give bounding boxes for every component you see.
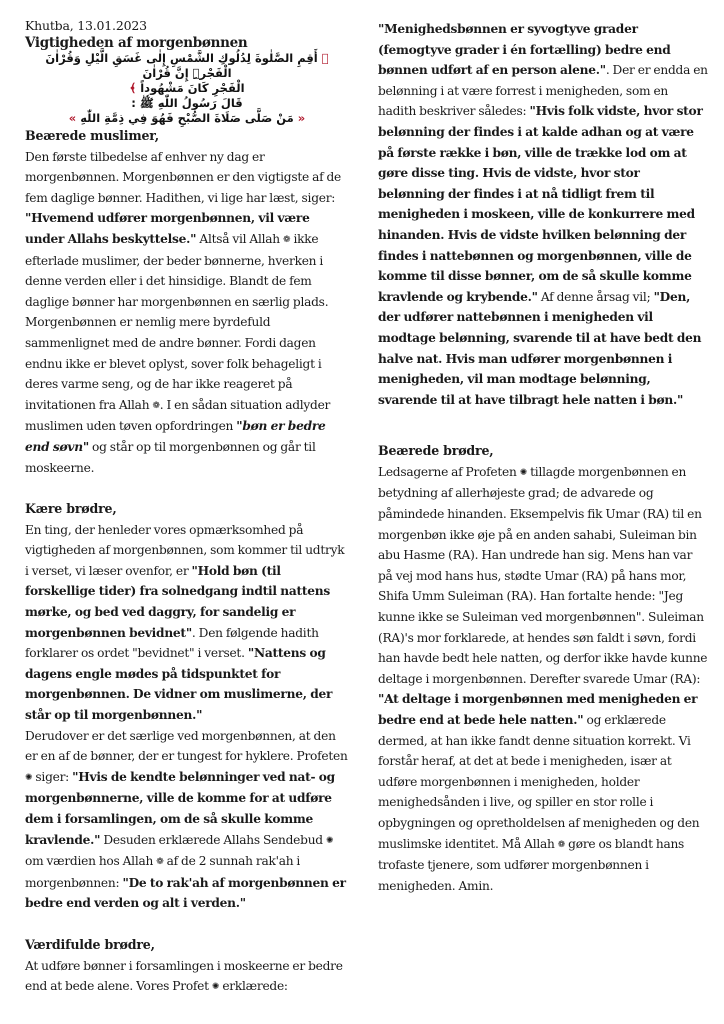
section-paragraph: Ledsagerne af Profeten ✺ tillagde morgen… bbox=[378, 462, 708, 896]
guillemet-close: » bbox=[69, 111, 76, 125]
allah-honorific-icon: ❁ bbox=[558, 840, 565, 850]
text-run: ikke efterlade muslimer, der beder bønne… bbox=[25, 232, 328, 412]
page-title: Vigtigheden af morgenbønnen bbox=[25, 35, 349, 51]
text-run: tillagde morgenbønnen en betydning af al… bbox=[378, 465, 707, 686]
section-paragraph: "Menighedsbønnen er syvogtyve grader (fe… bbox=[378, 19, 708, 410]
allah-honorific-icon: ❁ bbox=[156, 857, 163, 867]
prophet-honorific-icon: ✺ bbox=[326, 836, 333, 846]
section-greeting: Beærede brødre, bbox=[378, 441, 708, 462]
hadith-quote: "Hvis folk vidste, hvor stor belønning d… bbox=[378, 104, 703, 303]
hadith-intro: قَالَ رَسُولُ اللّٰهِ ﷺ : bbox=[25, 96, 349, 111]
left-column: Khutba, 13.01.2023 Vigtigheden af morgen… bbox=[25, 0, 349, 998]
khutba-date: Khutba, 13.01.2023 bbox=[25, 17, 349, 35]
text-run: erklærede: bbox=[219, 979, 288, 993]
text-run: Ledsagerne af Profeten bbox=[378, 465, 520, 479]
quran-verse-line2: الْفَجْرِ كَانَ مَشْهُوداً bbox=[140, 81, 244, 95]
text-run: At udføre bønner i forsamlingen i moskee… bbox=[25, 959, 343, 994]
text-run: Derudover er det særlige ved morgenbønne… bbox=[25, 729, 348, 764]
text-run: om værdien hos Allah bbox=[25, 854, 156, 868]
section-paragraph: En ting, der henleder vores opmærksomhed… bbox=[25, 520, 349, 726]
text-run: Af denne årsag vil; bbox=[538, 290, 654, 304]
section-greeting: Beærede muslimer, bbox=[25, 126, 349, 147]
hadith-text: مَنْ صَلَّى صَلَاةَ الصُّبْحِ فَهُوَ فِي… bbox=[80, 111, 294, 125]
section-paragraph: Den første tilbedelse af enhver ny dag e… bbox=[25, 147, 349, 479]
guillemet-open: « bbox=[298, 111, 305, 125]
text-run: En ting, der henleder vores opmærksomhed… bbox=[25, 523, 344, 578]
arabic-block: ﴿ أَقِمِ الصَّلٰوةَ لِدُلُوكِ الشَّمْسِ … bbox=[25, 51, 349, 126]
spacer bbox=[25, 914, 349, 935]
section-paragraph: Derudover er det særlige ved morgenbønne… bbox=[25, 726, 349, 914]
hadith: « مَنْ صَلَّى صَلَاةَ الصُّبْحِ فَهُوَ ف… bbox=[25, 111, 349, 126]
text-run: Altså vil Allah bbox=[196, 232, 283, 246]
section-paragraph: At udføre bønner i forsamlingen i moskee… bbox=[25, 956, 349, 998]
text-run: siger: bbox=[32, 770, 72, 784]
quran-verse: ﴿ أَقِمِ الصَّلٰوةَ لِدُلُوكِ الشَّمْسِ … bbox=[25, 51, 349, 81]
ornate-bracket-close: ﴾ bbox=[129, 81, 136, 95]
prophet-honorific-icon: ✺ bbox=[520, 468, 527, 478]
text-run: Den første tilbedelse af enhver ny dag e… bbox=[25, 150, 341, 205]
text-run: Desuden erklærede Allahs Sendebud bbox=[100, 833, 326, 847]
hadith-quote: "Den, der udfører nattebønnen i menighed… bbox=[378, 290, 701, 407]
allah-honorific-icon: ❁ bbox=[152, 401, 159, 411]
spacer bbox=[378, 410, 708, 441]
spacer bbox=[25, 478, 349, 499]
ornate-bracket-open: ﴿ bbox=[322, 51, 329, 65]
section-greeting: Kære brødre, bbox=[25, 499, 349, 520]
quran-verse-line1: أَقِمِ الصَّلٰوةَ لِدُلُوكِ الشَّمْسِ إِ… bbox=[45, 51, 317, 80]
right-column: "Menighedsbønnen er syvogtyve grader (fe… bbox=[378, 19, 708, 896]
text-run: og erklærede dermed, at han ikke fandt d… bbox=[378, 713, 699, 851]
section-greeting: Værdifulde brødre, bbox=[25, 935, 349, 956]
quran-verse-line2-wrap: الْفَجْرِ كَانَ مَشْهُوداً ﴾ bbox=[25, 81, 349, 96]
